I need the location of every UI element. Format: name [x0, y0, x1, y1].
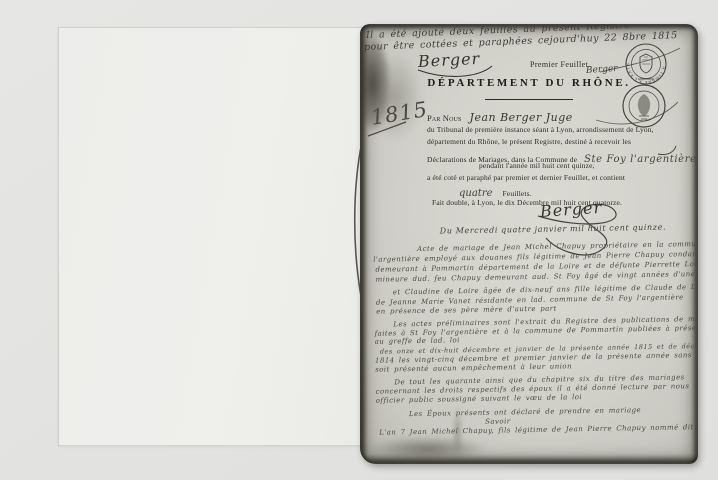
- document-sheet: Il a été ajouté deux feuilles au présent…: [360, 24, 698, 464]
- entry-heading: Du Mercredi quatre janvier mil huit cent…: [440, 223, 666, 236]
- facing-blank-page: [58, 27, 366, 446]
- handwritten-entry: Du Mercredi quatre janvier mil huit cent…: [360, 24, 698, 464]
- savoir-label: Savoir: [485, 417, 511, 425]
- entry-last-line: L'an 7 Jean Michel Chapuy, fils légitime…: [379, 423, 698, 437]
- scanned-register-page: Il a été ajouté deux feuilles au présent…: [0, 0, 718, 480]
- entry-line: au greffe de lad. loi: [375, 336, 460, 345]
- epoux-declaration-line: Les Époux présents ont déclaré de prendr…: [409, 406, 641, 418]
